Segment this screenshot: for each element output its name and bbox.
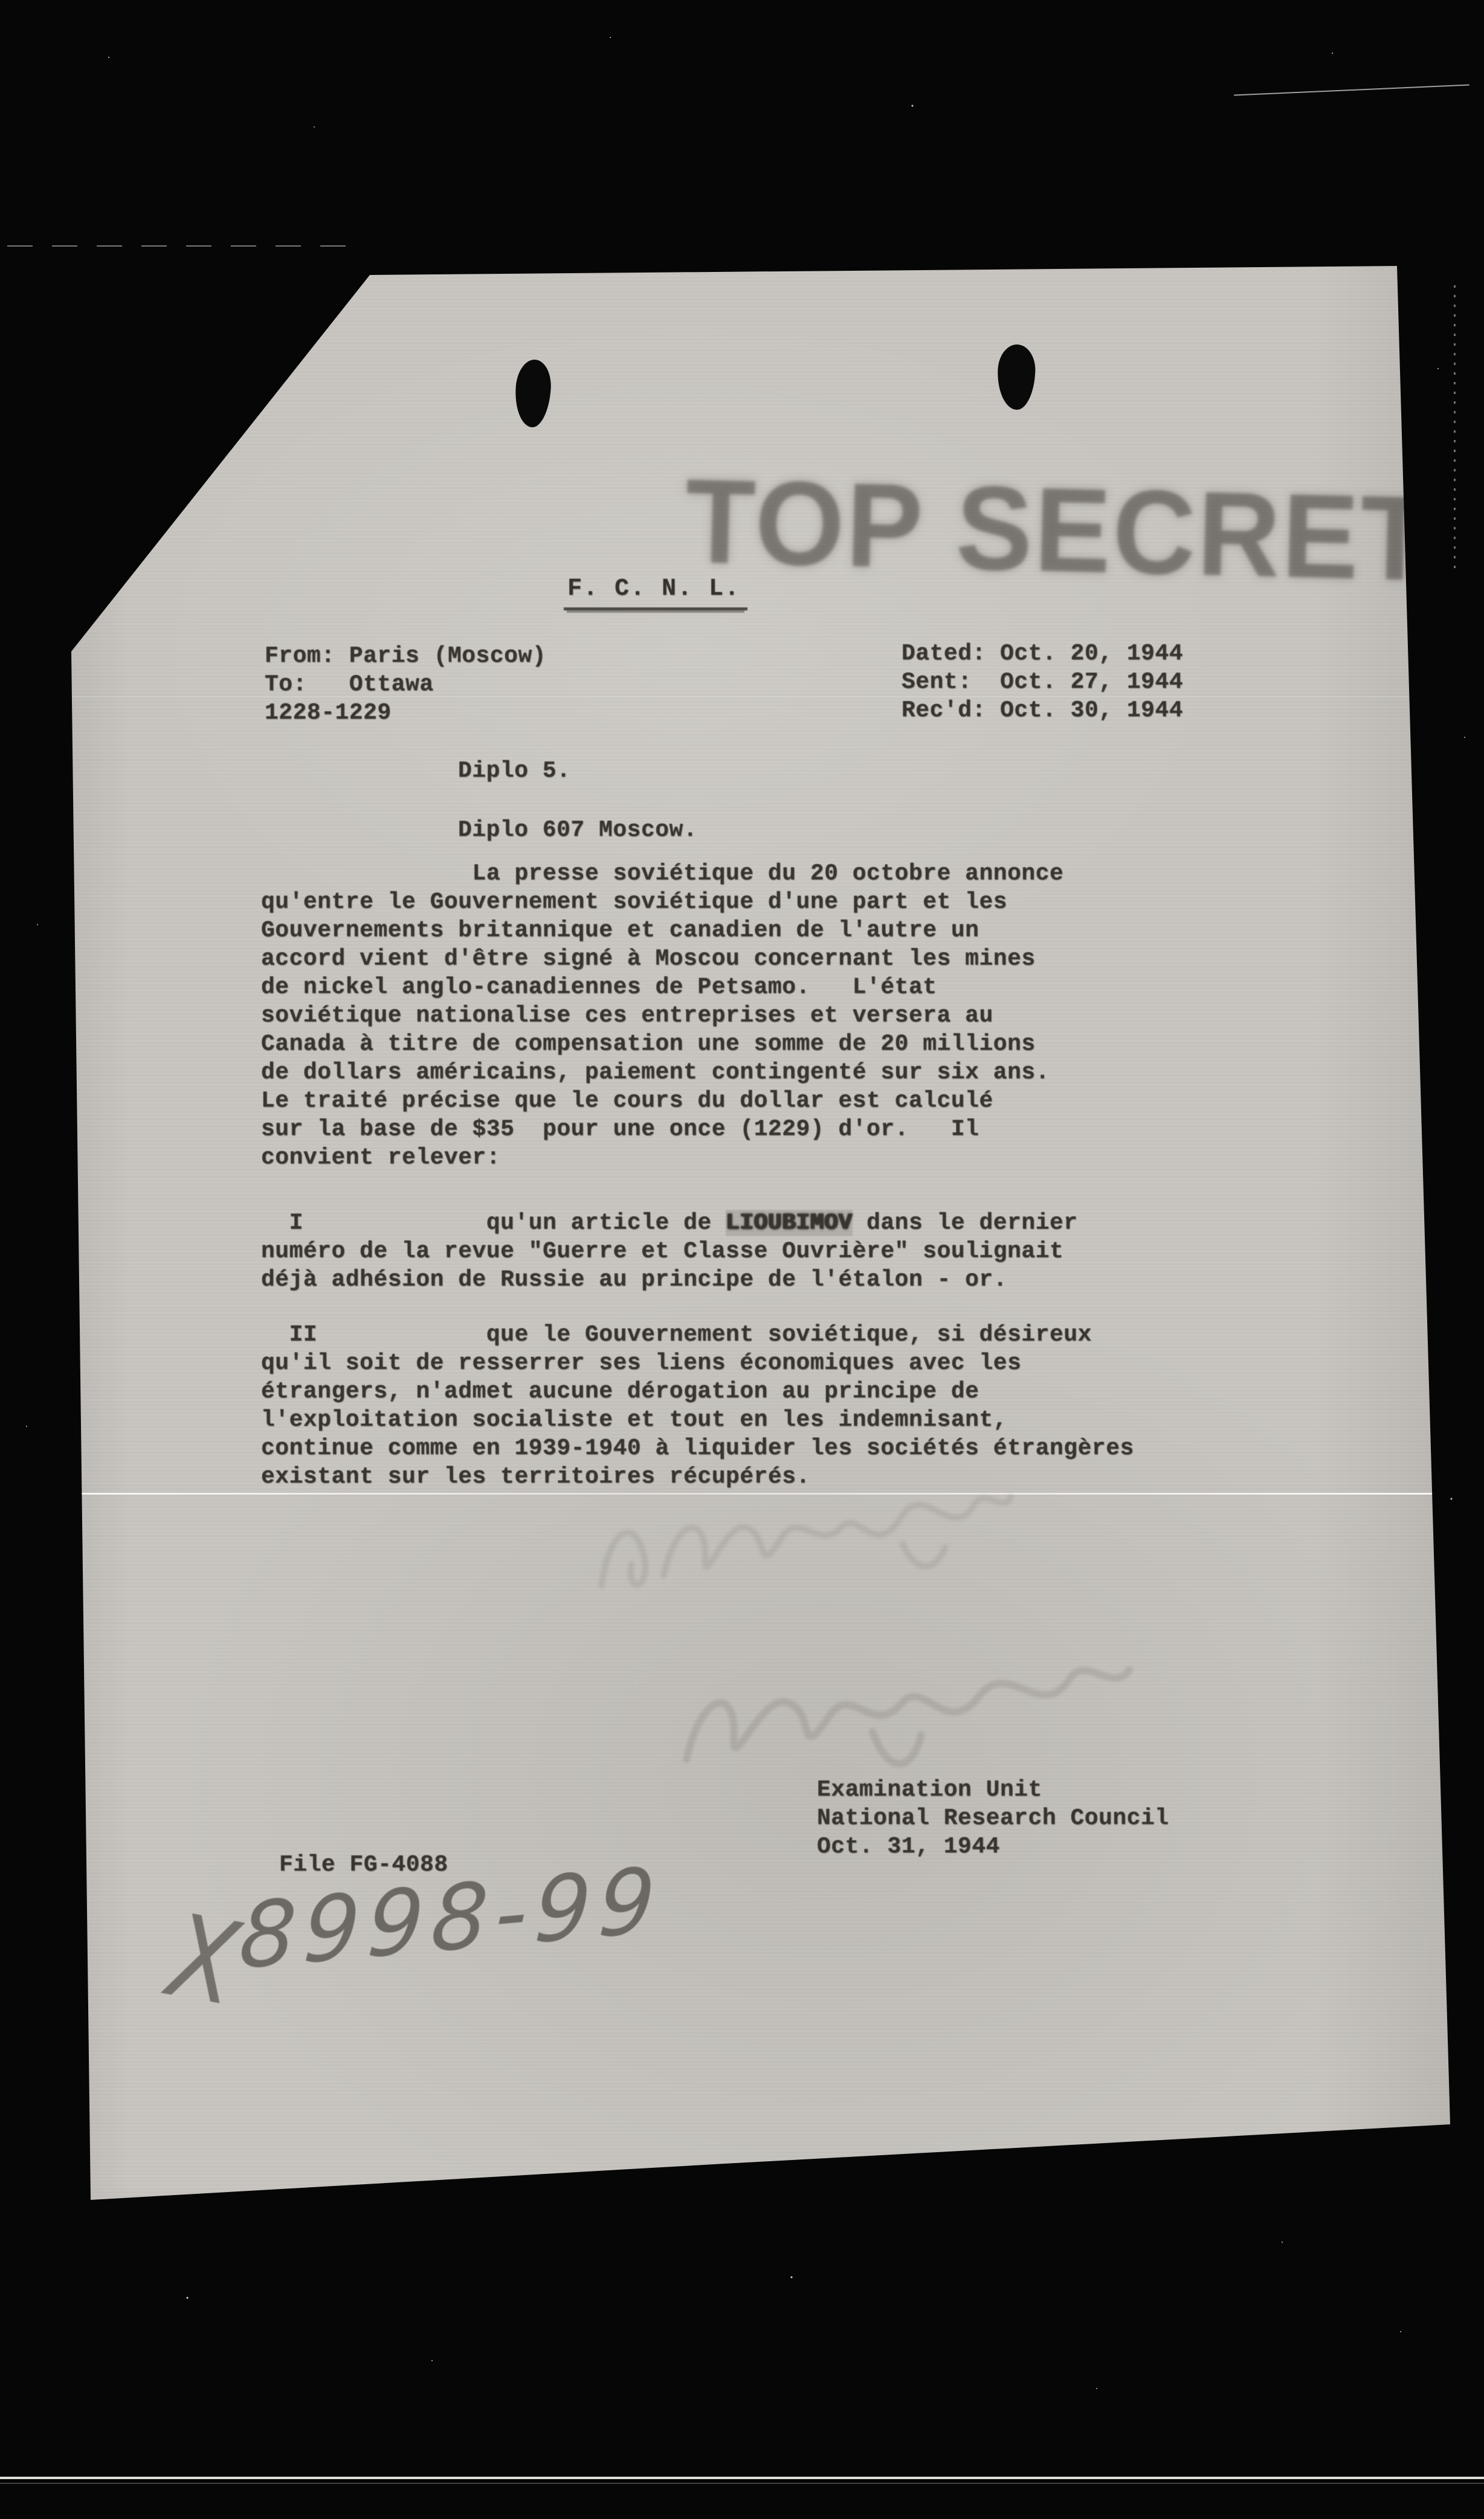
scan-streak-top-left — [7, 245, 346, 247]
body-paragraph-1: La presse soviétique du 20 octobre annon… — [261, 859, 1063, 1172]
document-heading: F. C. N. L. — [564, 575, 747, 610]
date-block: Dated: Oct. 20, 1944 Sent: Oct. 27, 1944… — [902, 639, 1183, 725]
document-heading-wrap: F. C. N. L. — [564, 575, 747, 610]
top-secret-stamp: TOP SECRET — [683, 452, 1434, 607]
body-item-2: II que le Gouvernement soviétique, si dé… — [261, 1321, 1134, 1491]
document-page: TOP SECRET F. C. N. L. From: Paris (Mosc… — [63, 266, 1450, 2203]
item-1-name: LIOUBIMOV — [726, 1210, 853, 1236]
reference-diplo-5: Diplo 5. — [458, 757, 570, 785]
scan-streak-top-right — [1234, 84, 1469, 95]
faint-scan-line — [63, 696, 1450, 697]
punch-hole-right — [996, 344, 1036, 410]
serial-numbers: 1228-1229 — [265, 700, 392, 726]
body-item-1: I qu'un article de LIOUBIMOV dans le der… — [261, 1209, 1078, 1294]
scan-black-background: TOP SECRET F. C. N. L. From: Paris (Mosc… — [0, 0, 1484, 2519]
issuing-unit-block: Examination Unit National Research Counc… — [817, 1776, 1169, 1861]
bottom-scan-line — [0, 2477, 1484, 2479]
received-line: Rec'd: Oct. 30, 1944 — [902, 697, 1183, 723]
from-line: From: Paris (Moscow) — [265, 643, 546, 669]
dated-line: Dated: Oct. 20, 1944 — [902, 641, 1183, 667]
item-1-prefix: I qu'un article de — [261, 1210, 726, 1236]
scan-streak-right-margin — [1454, 285, 1456, 575]
punch-hole-left — [513, 358, 553, 428]
pencil-check-x: X — [160, 1889, 248, 2032]
sent-line: Sent: Oct. 27, 1944 — [902, 669, 1183, 695]
routing-block: From: Paris (Moscow) To: Ottawa 1228-122… — [265, 642, 546, 727]
to-line: To: Ottawa — [265, 671, 434, 697]
scratch-line — [73, 1493, 1439, 1495]
bottom-scan-line-shadow — [0, 2483, 1484, 2484]
reference-diplo-607: Diplo 607 Moscow. — [458, 816, 697, 844]
